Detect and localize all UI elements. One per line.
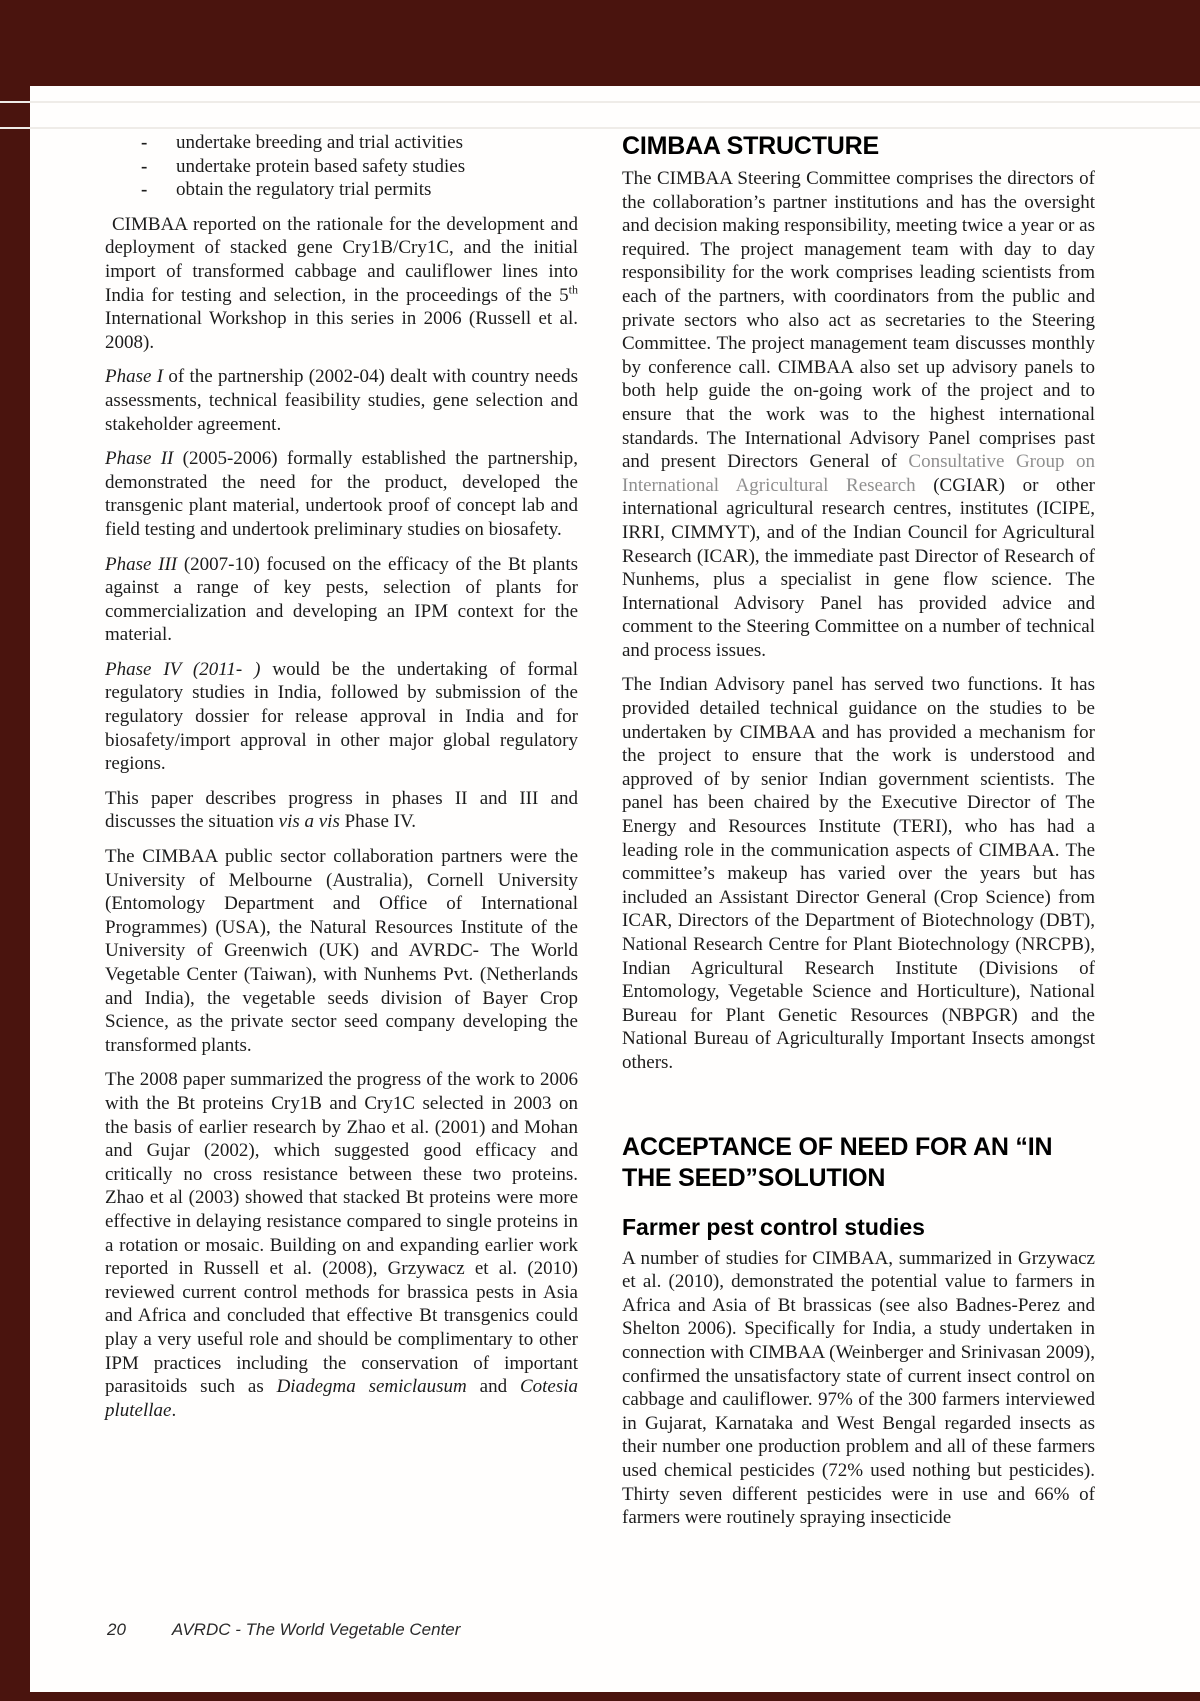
paragraph: Phase I of the partnership (2002-04) dea… [105,365,578,436]
subsection-heading-farmer-pest-control: Farmer pest control studies [622,1213,1095,1241]
scan-artifact-line [0,101,1200,103]
italic-phrase: Phase II [105,448,173,469]
italic-phrase: Diadegma semiclausum [277,1376,467,1397]
paragraph: The CIMBAA Steering Committee comprises … [622,167,1095,662]
paragraph: The Indian Advisory panel has served two… [622,673,1095,1074]
footer-running-title: AVRDC - The World Vegetable Center [172,1620,461,1640]
scan-border-top [0,0,1200,86]
bullet-dash-icon: - [141,155,147,179]
paragraph: Phase II (2005-2006) formally establishe… [105,447,578,541]
paragraph: Phase IV (2011- ) would be the undertaki… [105,658,578,776]
bullet-item-label: undertake protein based safety studies [176,156,465,177]
paragraph: Phase III (2007-10) focused on the effic… [105,553,578,647]
paragraph: CIMBAA reported on the rationale for the… [105,213,578,355]
page-content: -undertake breeding and trial activities… [105,131,1095,1541]
paragraph: This paper describes progress in phases … [105,787,578,834]
scan-border-left [0,0,30,1701]
bullet-item: -undertake breeding and trial activities [105,131,578,155]
bullet-item-label: obtain the regulatory trial permits [176,179,431,200]
page-footer: 20 AVRDC - The World Vegetable Center [107,1620,460,1640]
left-column: -undertake breeding and trial activities… [105,131,578,1541]
muted-phrase: Consultative Group on International Agri… [622,451,1095,496]
bullet-item: -undertake protein based safety studies [105,155,578,179]
bullet-dash-icon: - [141,178,147,202]
bullet-item-label: undertake breeding and trial activities [176,132,463,153]
italic-phrase: Phase I [105,366,163,387]
paragraph: The 2008 paper summarized the progress o… [105,1068,578,1422]
farmer-pest-paragraphs: A number of studies for CIMBAA, summariz… [622,1247,1095,1530]
page: -undertake breeding and trial activities… [0,0,1200,1701]
italic-phrase: vis a vis [279,811,340,832]
bullet-dash-icon: - [141,131,147,155]
left-paragraphs: CIMBAA reported on the rationale for the… [105,213,578,1423]
italic-phrase: Phase III [105,554,177,575]
paragraph: A number of studies for CIMBAA, summariz… [622,1247,1095,1530]
paragraph: The CIMBAA public sector collaboration p… [105,845,578,1057]
bullet-item: -obtain the regulatory trial permits [105,178,578,202]
section-heading-cimbaa-structure: CIMBAA STRUCTURE [622,131,1095,162]
page-number: 20 [107,1620,126,1640]
scan-border-bottom [0,1692,1200,1701]
right-column: CIMBAA STRUCTURE The CIMBAA Steering Com… [622,131,1095,1541]
cimbaa-structure-paragraphs: The CIMBAA Steering Committee comprises … [622,167,1095,1075]
superscript: th [569,282,578,296]
section-heading-acceptance: ACCEPTANCE OF NEED FOR AN “IN THE SEED”S… [622,1132,1095,1194]
scan-artifact-line [0,127,1200,129]
bullet-list: -undertake breeding and trial activities… [105,131,578,202]
italic-phrase: Phase IV (2011- ) [105,659,260,680]
